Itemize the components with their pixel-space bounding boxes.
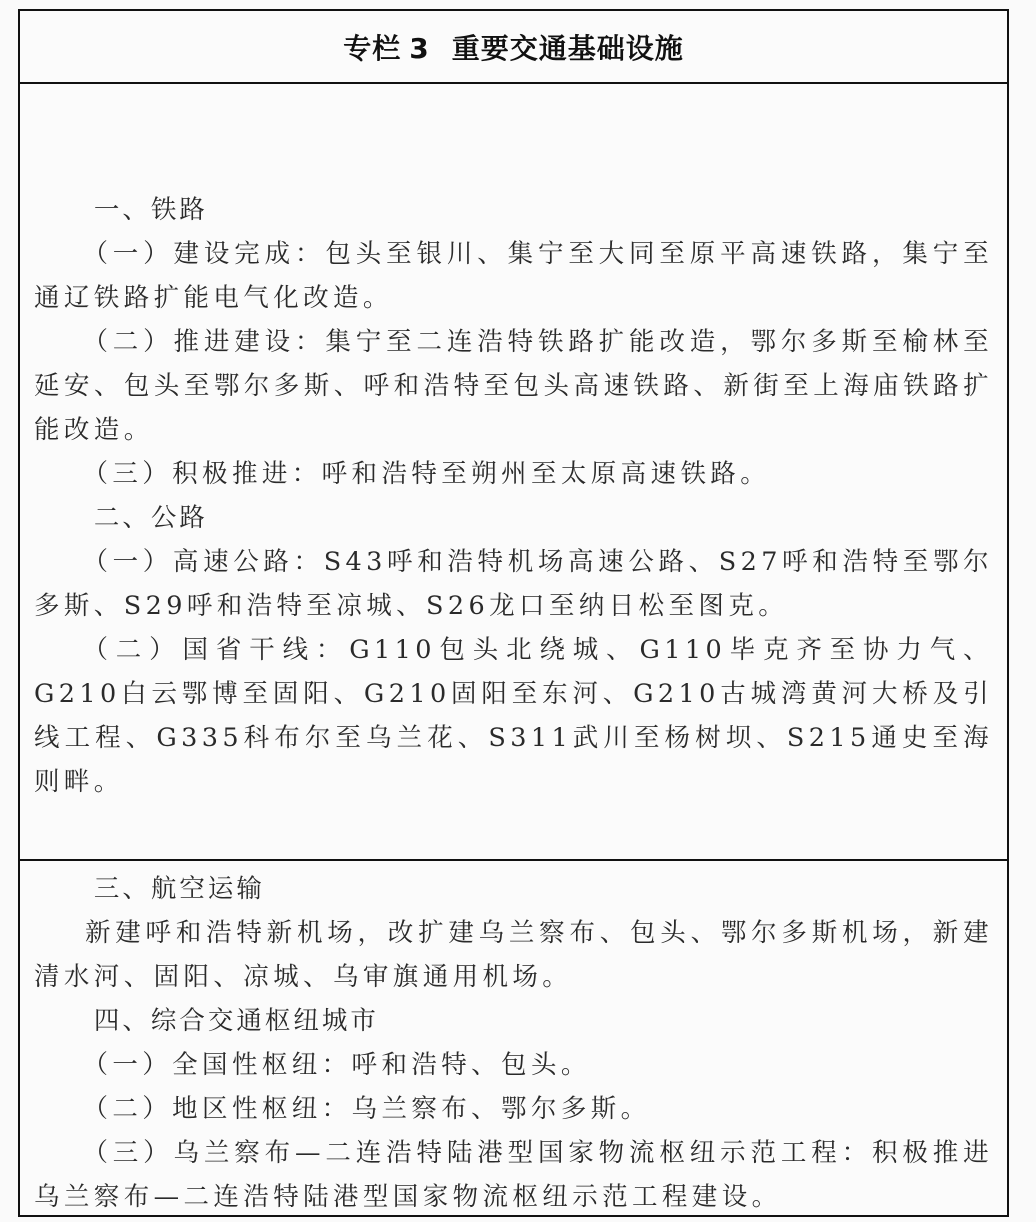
paragraph: （二）国省干线：G110包头北绕城、G110毕克齐至协力气、G210白云鄂博至固… [34,628,993,804]
paragraph: （二）地区性枢纽：乌兰察布、鄂尔多斯。 [34,1087,993,1131]
paragraph: 新建呼和浩特新机场，改扩建乌兰察布、包头、鄂尔多斯机场，新建清水河、固阳、凉城、… [34,911,993,999]
paragraph: （三）乌兰察布—二连浩特陆港型国家物流枢纽示范工程：积极推进乌兰察布—二连浩特陆… [34,1131,993,1219]
cell-content: 一、铁路 （一）建设完成：包头至银川、集宁至大同至原平高速铁路，集宁至通辽铁路扩… [34,188,993,804]
section-heading-aviation: 三、航空运输 [34,867,993,911]
title-prefix: 专栏 [343,32,401,65]
paragraph: （二）推进建设：集宁至二连浩特铁路扩能改造，鄂尔多斯至榆林至延安、包头至鄂尔多斯… [34,320,993,452]
paragraph: （一）高速公路：S43呼和浩特机场高速公路、S27呼和浩特至鄂尔多斯、S29呼和… [34,540,993,628]
paragraph: （一）建设完成：包头至银川、集宁至大同至原平高速铁路，集宁至通辽铁路扩能电气化改… [34,232,993,320]
table-cell-lower: 三、航空运输 新建呼和浩特新机场，改扩建乌兰察布、包头、鄂尔多斯机场，新建清水河… [20,859,1007,1215]
title-row: 专栏3重要交通基础设施 [20,11,1007,84]
paragraph: （三）积极推进：呼和浩特至朔州至太原高速铁路。 [34,452,993,496]
section-heading-highway: 二、公路 [34,496,993,540]
table-cell-upper: 一、铁路 （一）建设完成：包头至银川、集宁至大同至原平高速铁路，集宁至通辽铁路扩… [20,82,1007,859]
section-heading-railway: 一、铁路 [34,188,993,232]
page-title: 专栏3重要交通基础设施 [343,27,684,67]
paragraph: （一）全国性枢纽：呼和浩特、包头。 [34,1043,993,1087]
feature-box: 专栏3重要交通基础设施 一、铁路 （一）建设完成：包头至银川、集宁至大同至原平高… [18,9,1009,1217]
title-number: 3 [409,32,429,65]
title-text: 重要交通基础设施 [452,32,684,65]
section-heading-hub-cities: 四、综合交通枢纽城市 [34,999,993,1043]
cell-content: 三、航空运输 新建呼和浩特新机场，改扩建乌兰察布、包头、鄂尔多斯机场，新建清水河… [34,867,993,1219]
